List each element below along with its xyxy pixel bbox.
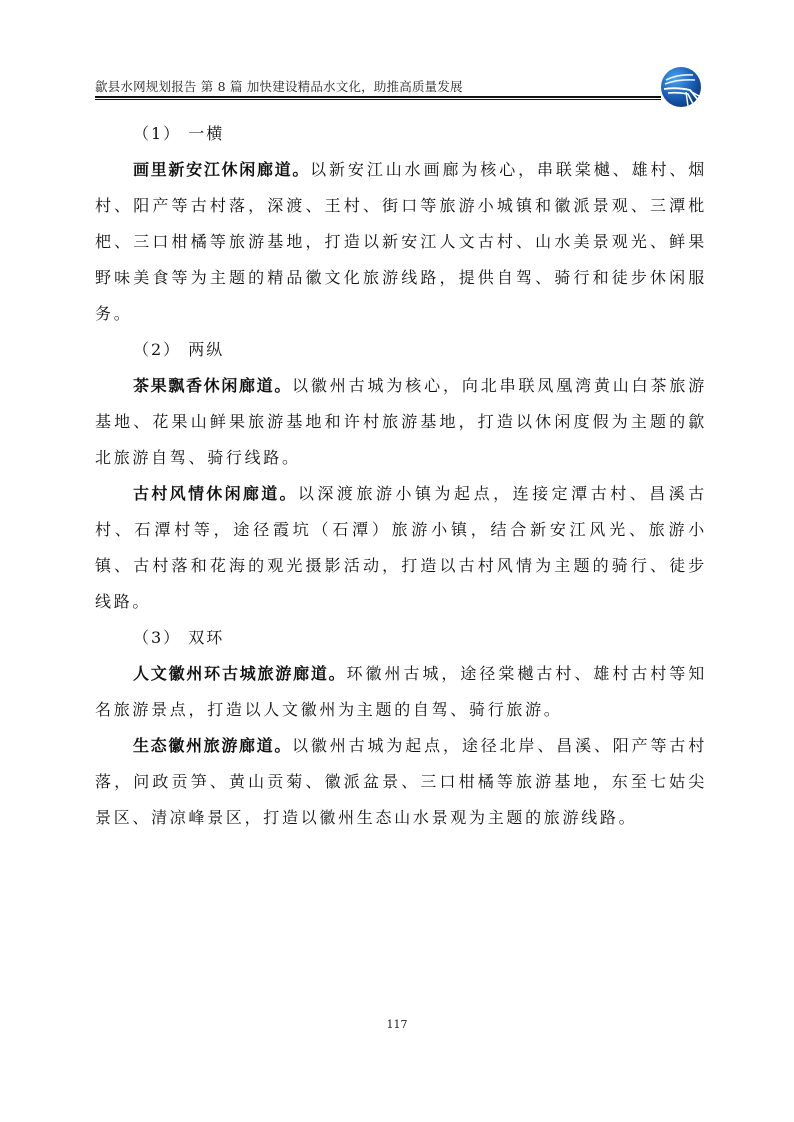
paragraph: 生态徽州旅游廊道。以徽州古城为起点，途径北岸、昌溪、阳产等古村落，问政贡笋、黄山… [95, 728, 707, 836]
section-heading-3: （3） 双环 [95, 620, 707, 656]
corridor-title: 生态徽州旅游廊道。 [133, 736, 292, 755]
page-number: 117 [0, 1018, 794, 1031]
paragraph: 茶果飘香休闲廊道。以徽州古城为核心，向北串联凤凰湾黄山白茶旅游基地、花果山鲜果旅… [95, 368, 707, 476]
paragraph: 画里新安江休闲廊道。以新安江山水画廊为核心，串联棠樾、雄村、烟村、阳产等古村落，… [95, 152, 707, 332]
paragraph: 人文徽州环古城旅游廊道。环徽州古城，途径棠樾古村、雄村古村等知名旅游景点，打造以… [95, 656, 707, 728]
corridor-title: 茶果飘香休闲廊道。 [133, 376, 292, 395]
corridor-title: 古村风情休闲廊道。 [133, 484, 298, 503]
corridor-title: 画里新安江休闲廊道。 [133, 160, 310, 179]
paragraph: 古村风情休闲廊道。以深渡旅游小镇为起点，连接定潭古村、昌溪古村、石潭村等，途径霞… [95, 476, 707, 620]
corridor-title: 人文徽州环古城旅游廊道。 [133, 664, 346, 683]
page-header: 歙县水网规划报告 第 8 篇 加快建设精品水文化，助推高质量发展 [95, 76, 660, 96]
paragraph-text: 以新安江山水画廊为核心，串联棠樾、雄村、烟村、阳产等古村落，深渡、王村、街口等旅… [95, 160, 707, 323]
header-rule [95, 96, 661, 98]
header-title: 歙县水网规划报告 第 8 篇 加快建设精品水文化，助推高质量发展 [95, 79, 463, 94]
section-heading-1: （1） 一横 [95, 116, 707, 152]
header-rule-thin [95, 99, 661, 100]
globe-logo-icon [660, 66, 702, 108]
paragraph-text: 以深渡旅游小镇为起点，连接定潭古村、昌溪古村、石潭村等，途径霞坑（石潭）旅游小镇… [95, 484, 707, 611]
document-body: （1） 一横 画里新安江休闲廊道。以新安江山水画廊为核心，串联棠樾、雄村、烟村、… [95, 116, 707, 836]
section-heading-2: （2） 两纵 [95, 332, 707, 368]
